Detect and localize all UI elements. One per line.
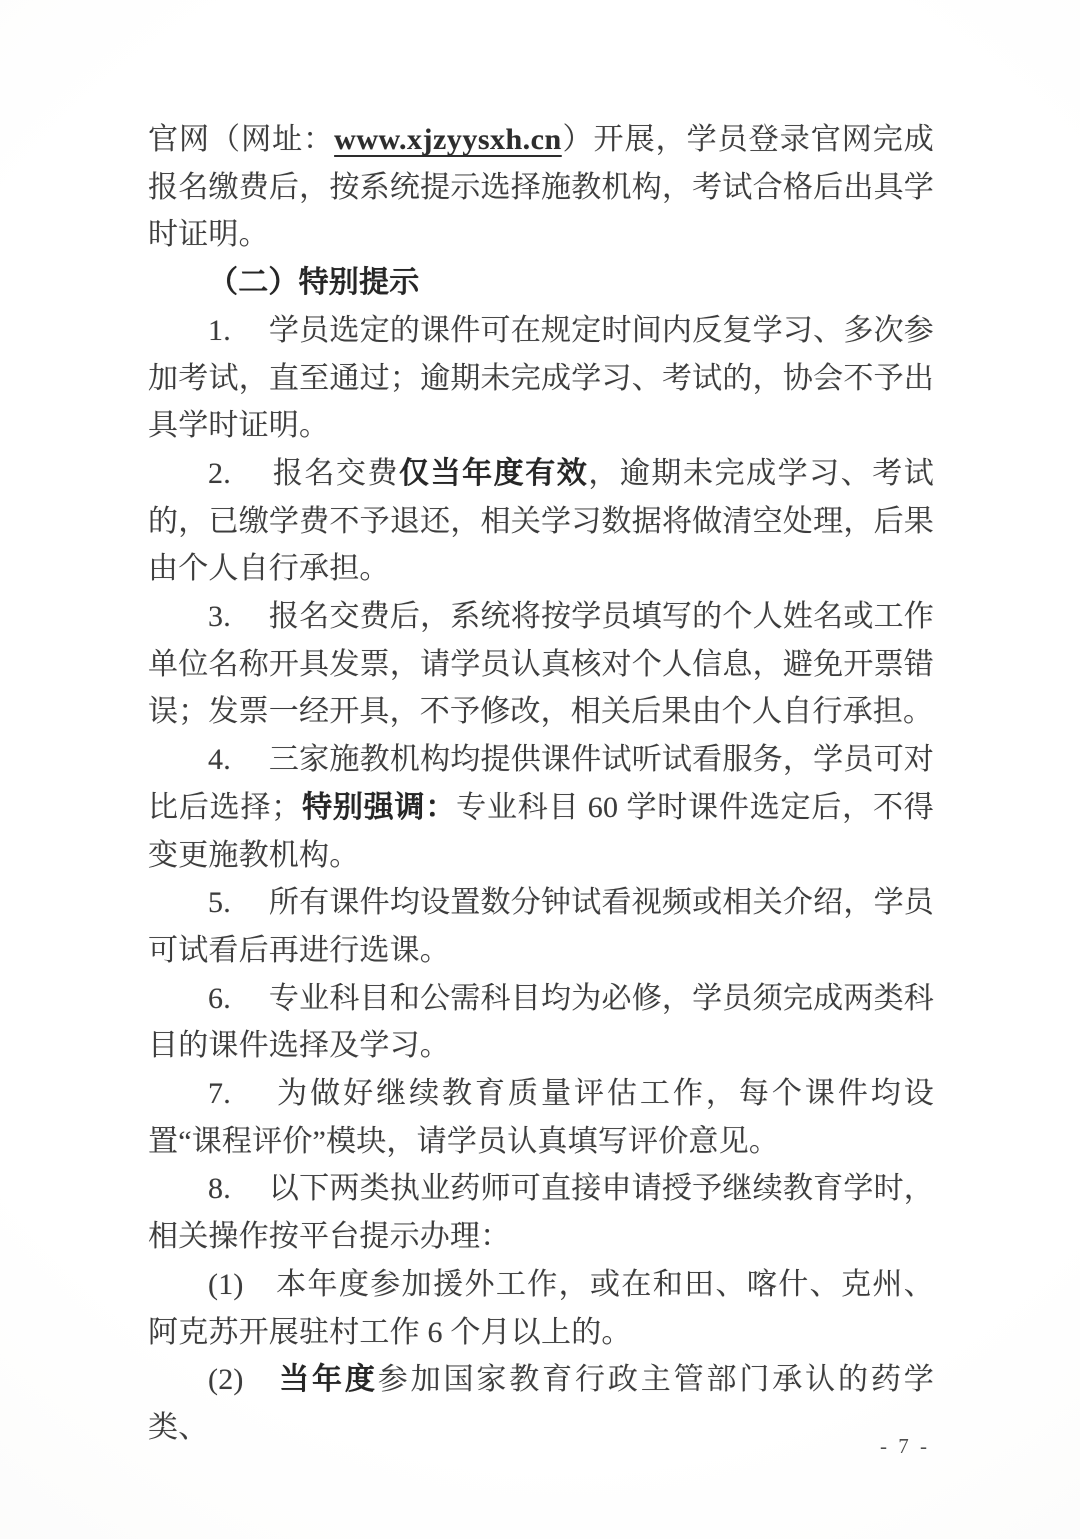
subitem-1: (1) 本年度参加援外工作，或在和田、喀什、克州、阿克苏开展驻村工作 6 个月以… [148, 1261, 934, 1356]
text-segment: 6. 专业科目和公需科目均为必修，学员须完成两类科目的课件选择及学习。 [148, 982, 934, 1063]
item-5: 5. 所有课件均设置数分钟试看视频或相关介绍，学员可试看后再进行选课。 [148, 879, 934, 974]
para-official-website-continuation: 官网（网址：www.xjzyysxh.cn）开展，学员登录官网完成报名缴费后，按… [148, 116, 934, 259]
document-body: 官网（网址：www.xjzyysxh.cn）开展，学员登录官网完成报名缴费后，按… [148, 116, 934, 1452]
text-segment: 特别强调： [301, 791, 456, 824]
text-segment: 5. 所有课件均设置数分钟试看视频或相关介绍，学员可试看后再进行选课。 [148, 886, 934, 967]
page-number: - 7 - [880, 1434, 930, 1458]
document-page: 官网（网址：www.xjzyysxh.cn）开展，学员登录官网完成报名缴费后，按… [0, 0, 1080, 1539]
text-segment: 2. 报名交费 [208, 457, 399, 490]
text-segment: 当年度 [279, 1363, 378, 1396]
text-segment: 仅当年度有效 [399, 457, 588, 490]
text-segment: 官网（网址： [148, 123, 334, 156]
text-segment: 7. 为做好继续教育质量评估工作，每个课件均设置“课程评价”模块，请学员认真填写… [148, 1077, 934, 1158]
item-8: 8. 以下两类执业药师可直接申请授予继续教育学时，相关操作按平台提示办理： [148, 1165, 934, 1260]
item-7: 7. 为做好继续教育质量评估工作，每个课件均设置“课程评价”模块，请学员认真填写… [148, 1070, 934, 1165]
text-segment: （二）特别提示 [208, 266, 419, 299]
item-2: 2. 报名交费仅当年度有效，逾期未完成学习、考试的，已缴学费不予退还，相关学习数… [148, 450, 934, 593]
heading-special-notes: （二）特别提示 [148, 259, 934, 307]
text-segment: 8. 以下两类执业药师可直接申请授予继续教育学时，相关操作按平台提示办理： [148, 1172, 934, 1253]
website-url-link[interactable]: www.xjzyysxh.cn [334, 123, 562, 156]
text-segment: 1. 学员选定的课件可在规定时间内反复学习、多次参加考试，直至通过；逾期未完成学… [148, 314, 934, 442]
text-segment: (1) 本年度参加援外工作，或在和田、喀什、克州、阿克苏开展驻村工作 6 个月以… [148, 1268, 934, 1349]
subitem-2: (2) 当年度参加国家教育行政主管部门承认的药学类、 [148, 1356, 934, 1451]
item-6: 6. 专业科目和公需科目均为必修，学员须完成两类科目的课件选择及学习。 [148, 975, 934, 1070]
item-1: 1. 学员选定的课件可在规定时间内反复学习、多次参加考试，直至通过；逾期未完成学… [148, 307, 934, 450]
item-3: 3. 报名交费后，系统将按学员填写的个人姓名或工作单位名称开具发票，请学员认真核… [148, 593, 934, 736]
text-segment: (2) [208, 1363, 279, 1396]
item-4: 4. 三家施教机构均提供课件试听试看服务，学员可对比后选择；特别强调：专业科目 … [148, 736, 934, 879]
text-segment: 3. 报名交费后，系统将按学员填写的个人姓名或工作单位名称开具发票，请学员认真核… [148, 600, 934, 728]
